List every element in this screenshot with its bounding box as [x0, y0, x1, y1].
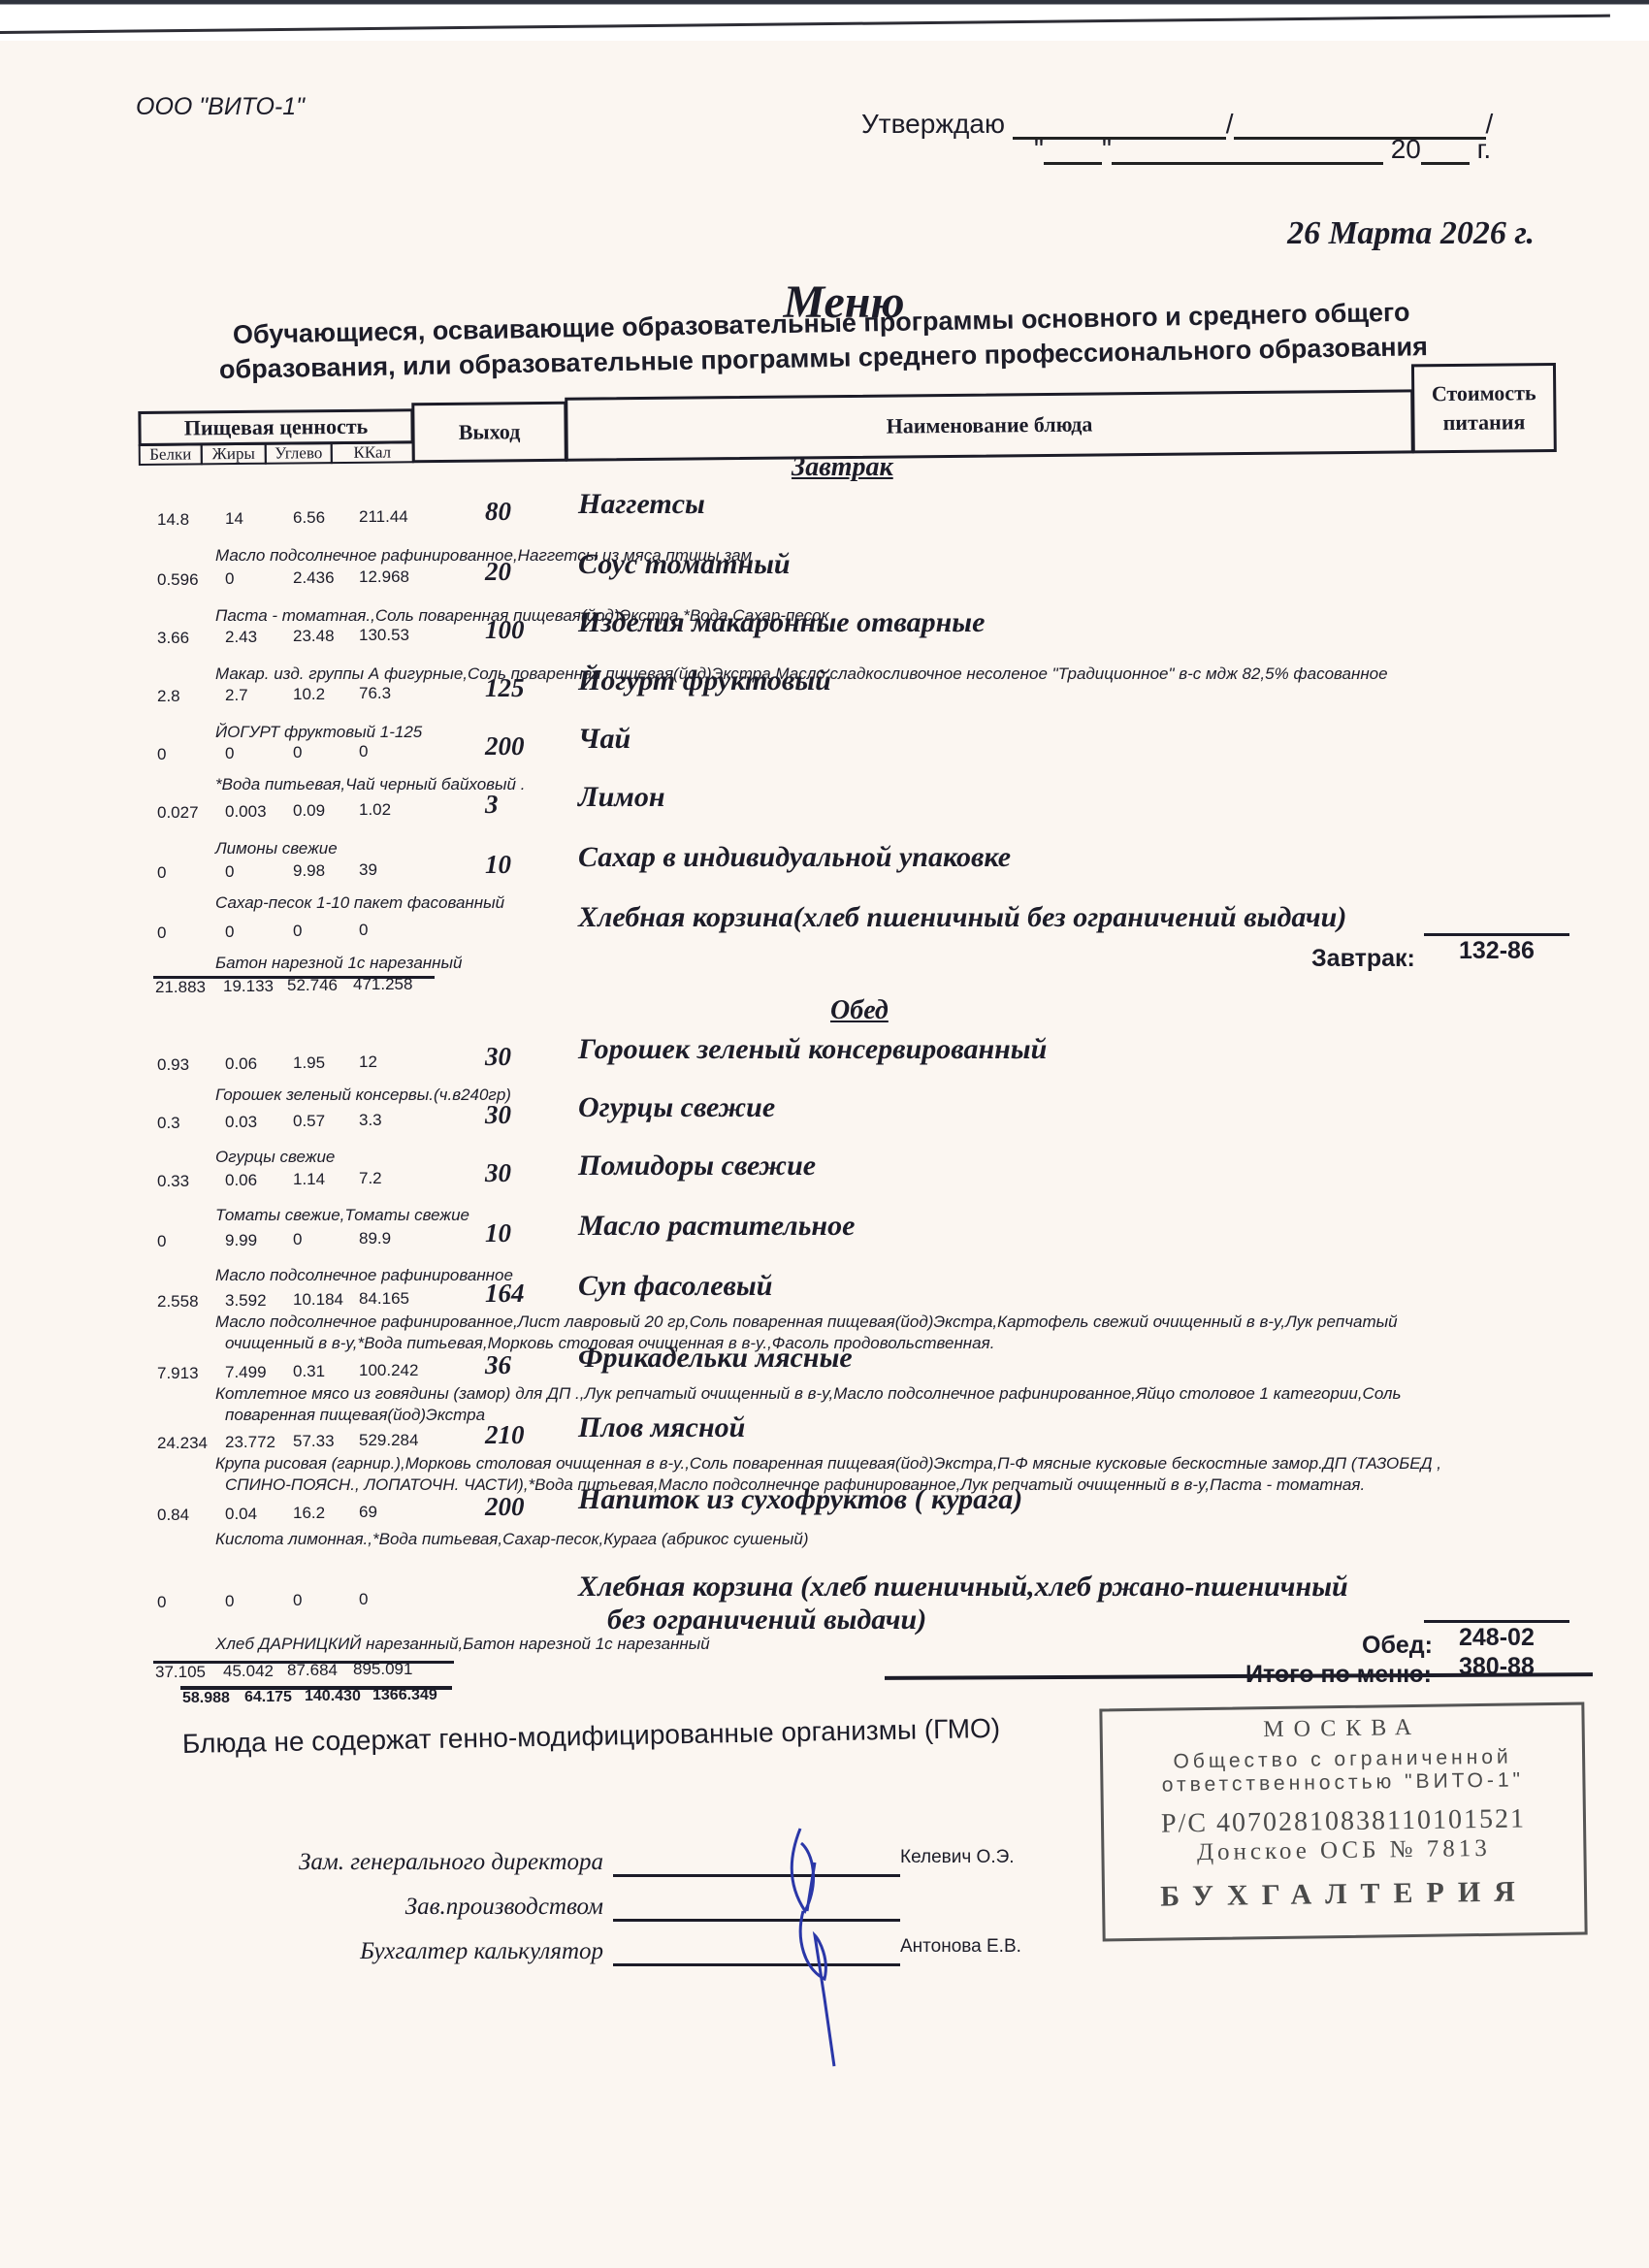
kcal-value: 89.9 — [359, 1229, 391, 1248]
yield-value: 200 — [485, 731, 525, 761]
yield-value: 30 — [485, 1042, 511, 1072]
dish-name: Суп фасолевый — [578, 1270, 772, 1303]
protein-value: 0 — [157, 923, 166, 943]
yield-value: 20 — [485, 557, 511, 587]
kcal-value: 12.968 — [359, 567, 409, 587]
kcal-value: 1.02 — [359, 800, 391, 820]
fat-value: 3.592 — [225, 1291, 267, 1311]
protein-value: 0.84 — [157, 1506, 189, 1525]
ingredients: Хлеб ДАРНИЦКИЙ нарезанный,Батон нарезной… — [215, 1635, 710, 1654]
grand-total-value: 380-88 — [1459, 1653, 1535, 1681]
dish-name: Огурцы свежие — [578, 1091, 775, 1124]
carb-value: 0.57 — [293, 1112, 325, 1131]
yield-value: 10 — [485, 850, 511, 880]
total-protein: 21.883 — [155, 978, 206, 997]
ingredients: Сахар-песок 1-10 пакет фасованный — [215, 893, 504, 913]
carb-value: 0.09 — [293, 801, 325, 821]
dish-name: Соус томатный — [578, 548, 791, 581]
protein-value: 0 — [157, 745, 166, 764]
ingredients: Томаты свежие,Томаты свежие — [215, 1206, 469, 1225]
breakfast-cost-rule — [1424, 933, 1569, 936]
yield-value: 125 — [485, 673, 525, 703]
dish-name-continued: без ограничений выдачи) — [607, 1604, 926, 1636]
fat-value: 14 — [225, 509, 243, 529]
total-fat: 19.133 — [223, 977, 274, 996]
protein-value: 7.913 — [157, 1364, 199, 1383]
carb-value: 6.56 — [293, 508, 325, 528]
signature-role: Зав.производством — [405, 1894, 603, 1921]
kcal-value: 12 — [359, 1053, 377, 1072]
kcal-value: 0 — [359, 742, 368, 761]
approve-date-line: "" 20 г. — [1034, 134, 1491, 165]
carb-value: 0 — [293, 743, 302, 762]
lunch-cost-value: 248-02 — [1459, 1624, 1535, 1652]
carb-value: 1.95 — [293, 1053, 325, 1073]
dish-name: Хлебная корзина (хлеб пшеничный,хлеб ржа… — [578, 1571, 1348, 1604]
kcal-value: 3.3 — [359, 1111, 382, 1130]
yield-value: 80 — [485, 497, 511, 527]
dish-name: Горошек зеленый консервированный — [578, 1033, 1047, 1066]
protein-value: 0.596 — [157, 570, 199, 590]
protein-value: 0.33 — [157, 1172, 189, 1191]
approve-label: Утверждаю — [861, 109, 1005, 139]
kcal-value: 84.165 — [359, 1289, 409, 1309]
fat-value: 2.43 — [225, 628, 257, 647]
fat-value: 2.7 — [225, 686, 248, 705]
protein-value: 0 — [157, 1593, 166, 1612]
total-protein: 37.105 — [155, 1663, 206, 1682]
fat-value: 0.003 — [225, 802, 267, 822]
protein-value: 0 — [157, 1232, 166, 1251]
carb-value: 1.14 — [293, 1170, 325, 1189]
kcal-value: 69 — [359, 1503, 377, 1522]
yield-value: 3 — [485, 790, 499, 820]
carb-value: 0 — [293, 922, 302, 941]
dish-name: Помидоры свежие — [578, 1150, 816, 1183]
ingredients: Горошек зеленый консервы.(ч.в240гр) — [215, 1085, 511, 1105]
fat-value: 0.04 — [225, 1505, 257, 1524]
carb-value: 0.31 — [293, 1362, 325, 1381]
carb-value: 0 — [293, 1591, 302, 1610]
fat-value: 9.99 — [225, 1231, 257, 1250]
header-yield: Выход — [411, 402, 567, 464]
dish-name: Напиток из сухофруктов ( курага) — [578, 1483, 1022, 1516]
signatory-name: Келевич О.Э. — [900, 1847, 1015, 1868]
menu-date: 26 Марта 2026 г. — [1287, 215, 1535, 252]
stamp-city: МОСКВА — [1103, 1713, 1582, 1746]
header-fats: Жиры — [201, 443, 267, 466]
total-fat: 45.042 — [223, 1662, 274, 1681]
dish-name: Йогурт фруктовый — [578, 664, 831, 697]
yield-value: 10 — [485, 1218, 511, 1248]
protein-value: 3.66 — [157, 629, 189, 648]
protein-value: 2.8 — [157, 687, 180, 706]
total-carb: 52.746 — [287, 976, 338, 995]
ingredients: ЙОГУРТ фруктовый 1-125 — [215, 723, 422, 742]
carb-value: 2.436 — [293, 568, 335, 588]
handwritten-signature — [766, 1824, 883, 2076]
approve-year-prefix: 20 — [1391, 134, 1421, 164]
signature-role: Бухгалтер калькулятор — [360, 1938, 603, 1965]
ingredients: Масло подсолнечное рафинированное,Лист л… — [215, 1312, 1398, 1332]
yield-value: 164 — [485, 1279, 525, 1309]
fat-value: 0 — [225, 923, 234, 942]
total-kcal: 895.091 — [353, 1660, 412, 1679]
grand-total-protein: 58.988 — [182, 1690, 230, 1707]
kcal-value: 7.2 — [359, 1169, 382, 1188]
kcal-value: 130.53 — [359, 626, 409, 645]
header-kcal: ККал — [331, 441, 414, 464]
fat-value: 0.06 — [225, 1054, 257, 1074]
yield-value: 200 — [485, 1492, 525, 1522]
kcal-value: 0 — [359, 921, 368, 940]
fat-value: 23.772 — [225, 1433, 275, 1452]
signature-role: Зам. генерального директора — [299, 1849, 603, 1876]
ingredients: Крупа рисовая (гарнир.),Морковь столовая… — [215, 1454, 1441, 1474]
scan-top-edge — [0, 0, 1649, 41]
carb-value: 57.33 — [293, 1432, 335, 1451]
yield-value: 30 — [485, 1100, 511, 1130]
grand-total-label: Итого по меню: — [1245, 1661, 1432, 1689]
carb-value: 16.2 — [293, 1504, 325, 1523]
dish-name: Сахар в индивидуальной упаковке — [578, 841, 1011, 874]
kcal-value: 211.44 — [359, 507, 408, 527]
approve-year-suffix: г. — [1477, 134, 1492, 164]
fat-value: 0.06 — [225, 1171, 257, 1190]
signatory-name: Антонова Е.В. — [900, 1936, 1021, 1958]
fat-value: 0 — [225, 744, 234, 763]
header-proteins: Белки — [139, 443, 203, 466]
yield-value: 36 — [485, 1350, 511, 1380]
protein-value: 24.234 — [157, 1434, 208, 1453]
protein-value: 0.93 — [157, 1055, 189, 1075]
kcal-value: 529.284 — [359, 1431, 418, 1450]
header-cost: Стоимость питания — [1411, 363, 1557, 453]
header-nutrition: Пищевая ценность — [138, 408, 413, 446]
grand-total-kcal: 1366.349 — [372, 1687, 437, 1704]
ingredients: Котлетное мясо из говядины (замор) для Д… — [215, 1384, 1401, 1404]
company-name: ООО "ВИТО-1" — [136, 93, 305, 121]
lunch-cost-rule — [1424, 1620, 1569, 1623]
carb-value: 10.184 — [293, 1290, 343, 1310]
dish-name: Масло растительное — [578, 1210, 855, 1243]
ingredients: Огурцы свежие — [215, 1148, 335, 1167]
yield-value: 210 — [485, 1420, 525, 1450]
fat-value: 0 — [225, 1592, 234, 1611]
dish-name: Изделия макаронные отварные — [578, 606, 985, 639]
yield-value: 30 — [485, 1158, 511, 1188]
ingredients: Батон нарезной 1с нарезанный — [215, 954, 463, 973]
carb-value: 23.48 — [293, 627, 335, 646]
breakfast-cost-label: Завтрак: — [1311, 945, 1415, 973]
breakfast-section-title: Завтрак — [792, 452, 893, 483]
kcal-value: 39 — [359, 860, 377, 880]
lunch-cost-label: Обед: — [1362, 1632, 1433, 1660]
protein-value: 2.558 — [157, 1292, 199, 1312]
lunch-section-title: Обед — [830, 995, 889, 1026]
protein-value: 0 — [157, 863, 166, 883]
total-carb: 87.684 — [287, 1661, 338, 1680]
ingredients-continued: поваренная пищевая(йод)Экстра — [225, 1406, 485, 1425]
protein-value: 0.3 — [157, 1114, 180, 1133]
ingredients: Лимоны свежие — [215, 839, 338, 859]
ingredients: Масло подсолнечное рафинированное — [215, 1266, 513, 1285]
ingredients: Кислота лимонная.,*Вода питьевая,Сахар-п… — [215, 1530, 809, 1549]
header-carbs: Углево — [265, 442, 333, 465]
accounting-stamp: МОСКВА Общество с ограниченной ответстве… — [1099, 1702, 1587, 1942]
dish-name: Лимон — [578, 781, 664, 814]
kcal-value: 0 — [359, 1590, 368, 1609]
carb-value: 10.2 — [293, 685, 325, 704]
fat-value: 0.03 — [225, 1113, 257, 1132]
kcal-value: 76.3 — [359, 684, 391, 703]
dish-name: Хлебная корзина(хлеб пшеничный без огран… — [578, 901, 1346, 934]
total-kcal: 471.258 — [353, 975, 412, 994]
fat-value: 0 — [225, 862, 234, 882]
yield-value: 100 — [485, 615, 525, 645]
carb-value: 9.98 — [293, 861, 325, 881]
protein-value: 14.8 — [157, 510, 189, 530]
dish-name: Чай — [578, 723, 630, 756]
table-header: Пищевая ценность Белки Жиры Углево ККал … — [138, 363, 1557, 462]
breakfast-cost-value: 132-86 — [1459, 937, 1535, 965]
ingredients: *Вода питьевая,Чай черный байховый . — [215, 775, 525, 794]
fat-value: 0 — [225, 569, 234, 589]
fat-value: 7.499 — [225, 1363, 267, 1382]
carb-value: 0 — [293, 1230, 302, 1249]
protein-value: 0.027 — [157, 803, 199, 823]
dish-name: Наггетсы — [578, 488, 705, 521]
dish-name: Плов мясной — [578, 1411, 745, 1444]
grand-total-carb: 140.430 — [305, 1688, 361, 1705]
dish-name: Фрикадельки мясные — [578, 1342, 853, 1375]
grand-total-fat: 64.175 — [244, 1689, 292, 1706]
kcal-value: 100.242 — [359, 1361, 418, 1380]
header-dish-name: Наименование блюда — [565, 389, 1414, 461]
stamp-department: БУХГАЛТЕРИЯ — [1105, 1875, 1584, 1915]
